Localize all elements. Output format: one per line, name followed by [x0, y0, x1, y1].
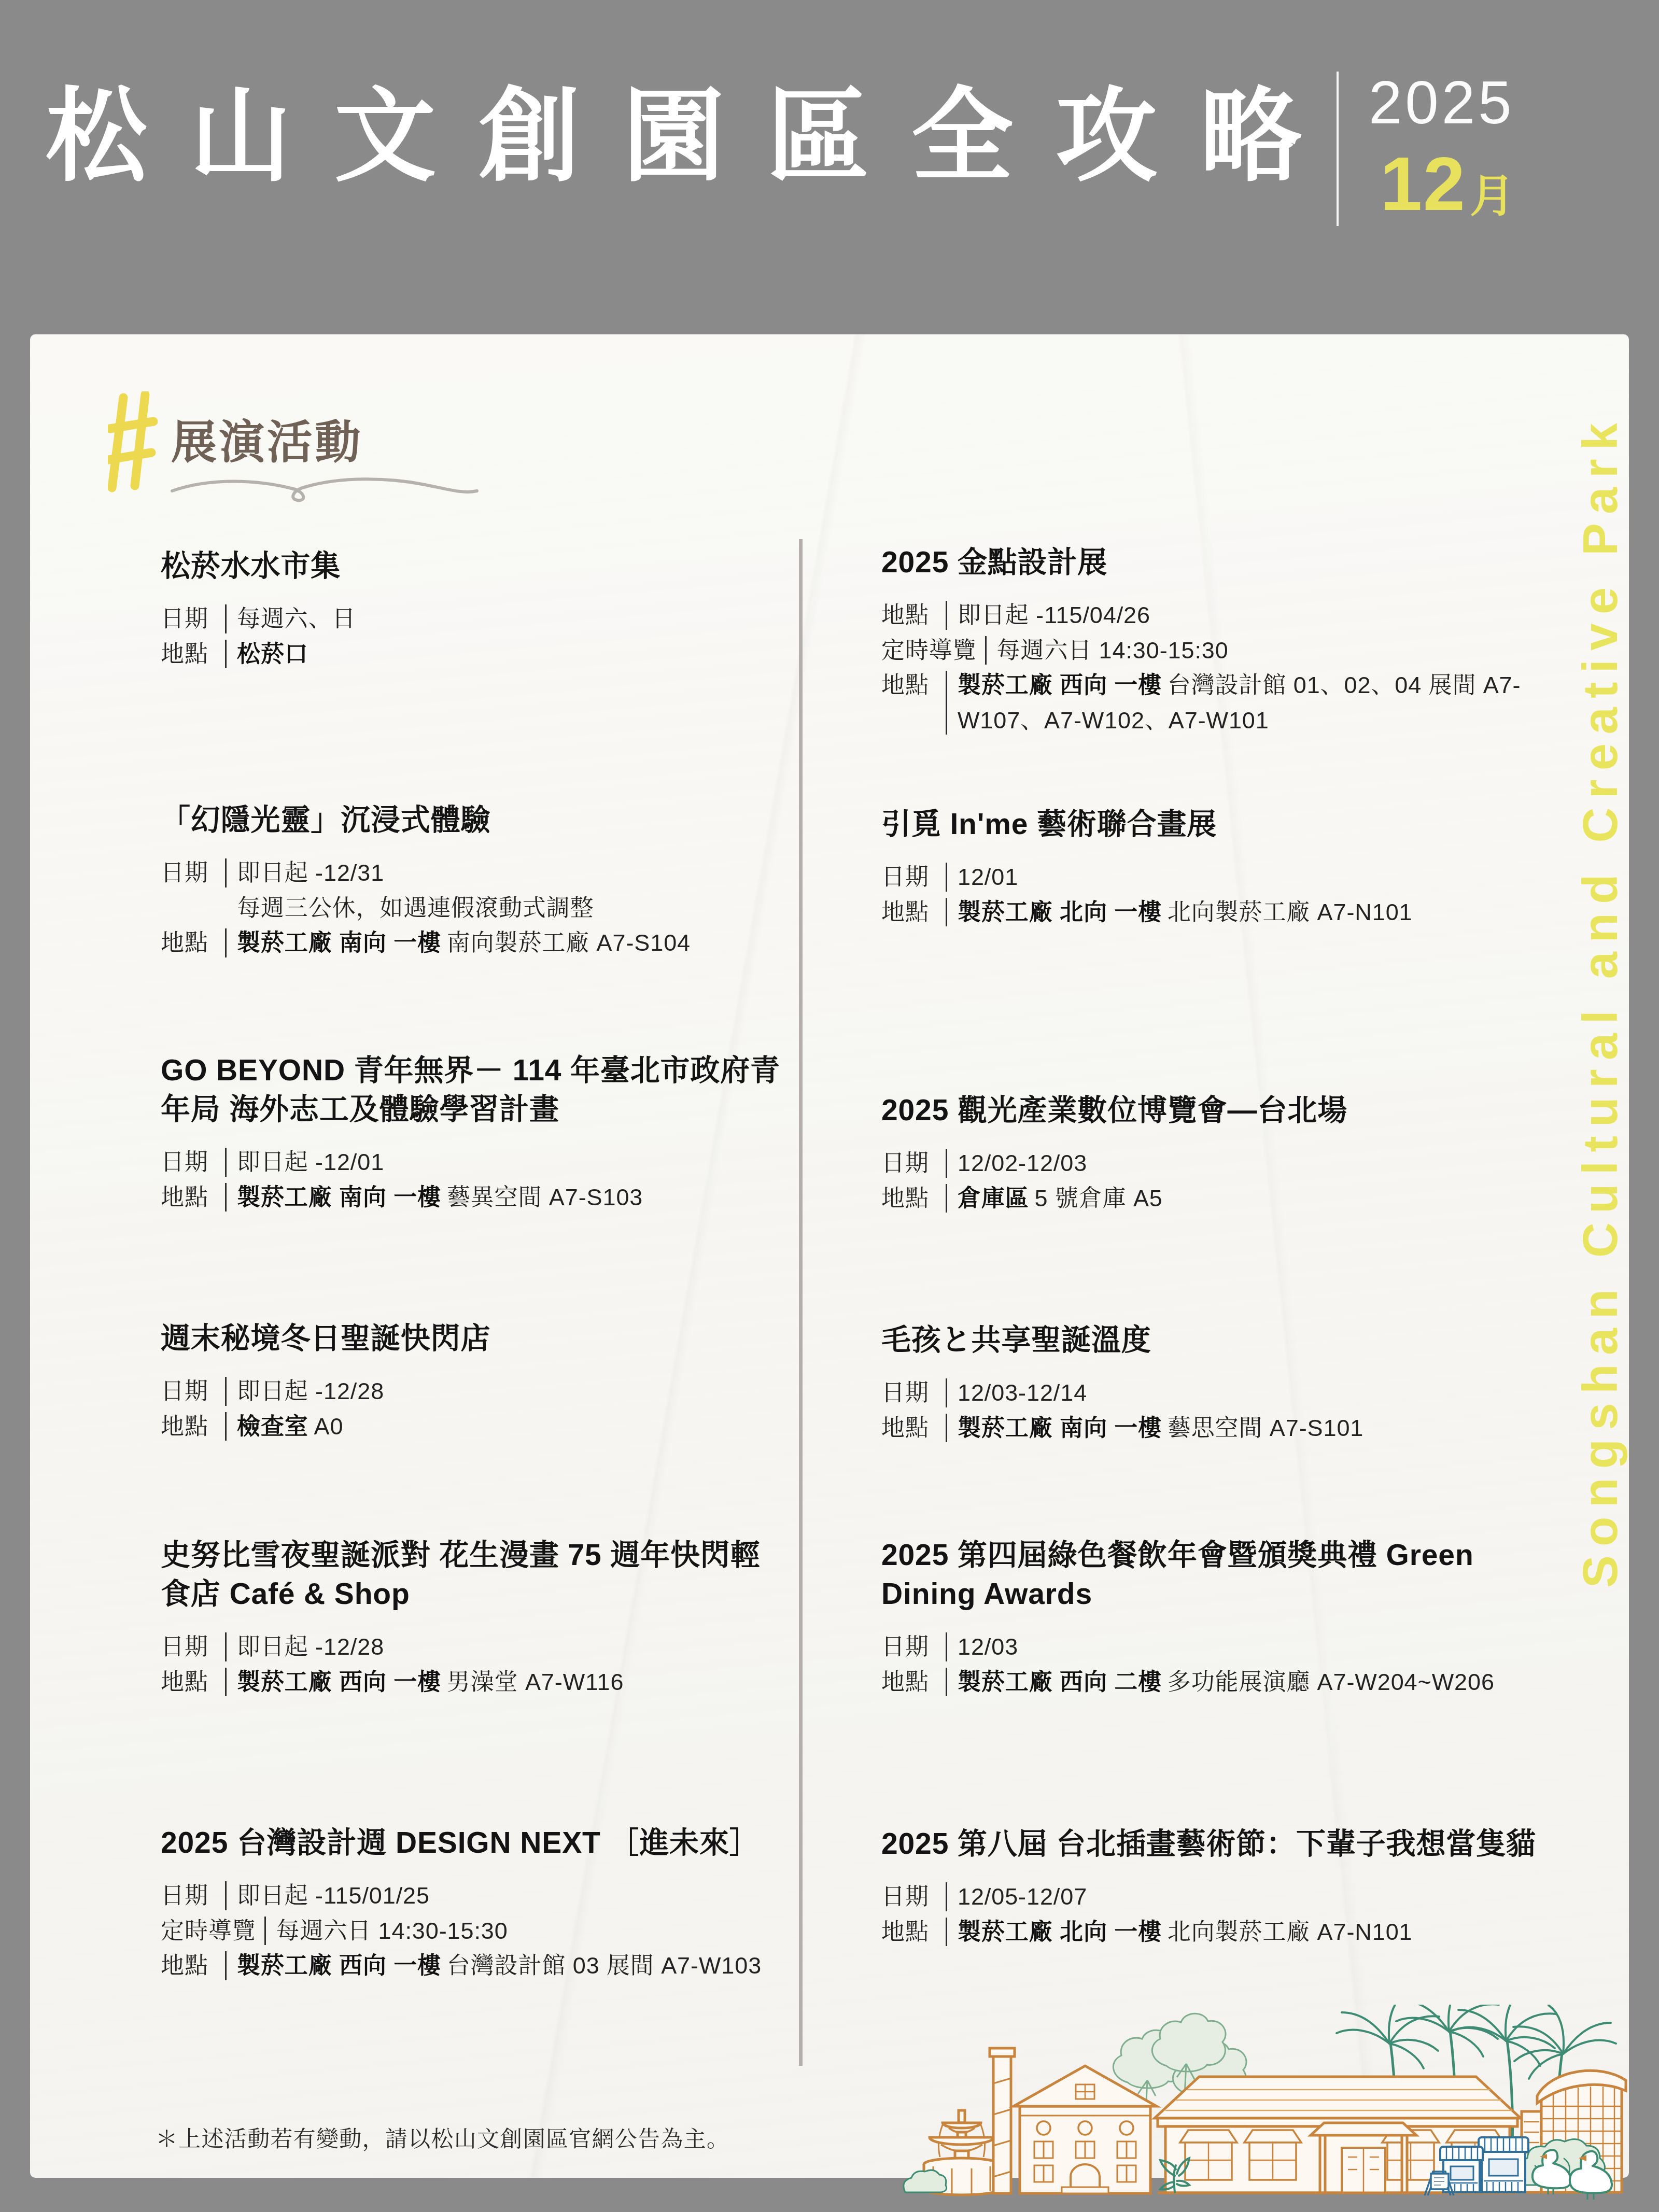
side-vertical-text: Songshan Cultural and Creative Park	[1576, 414, 1625, 1588]
event-date-row: 日期 12/03-12/14	[881, 1375, 1576, 1411]
row-value: 每週六、日	[237, 601, 780, 637]
label-divider	[225, 640, 227, 669]
event-location-row: 地點 製菸工廠 西向 一樓台灣設計館 01、02、04 展間 A7-W107、A…	[881, 668, 1576, 738]
event-card: 週末秘境冬日聖誕快閃店 日期 即日起 -12/28 地點 檢查室A0	[161, 1319, 780, 1444]
row-value: 製菸工廠 西向 一樓男澡堂 A7-W116	[237, 1665, 780, 1700]
row-label: 日期	[881, 1879, 937, 1914]
label-divider	[946, 1918, 947, 1947]
row-label: 日期	[161, 601, 217, 637]
row-label: 地點	[881, 1914, 937, 1950]
event-location-row: 地點 製菸工廠 南向 一樓藝思空間 A7-S101	[881, 1411, 1576, 1446]
event-title: 史努比雪夜聖誕派對 花生漫畫 75 週年快閃輕食店 Café & Shop	[161, 1536, 780, 1614]
label-divider	[264, 1917, 266, 1946]
label-divider	[225, 1183, 227, 1212]
content-card: 展演活動 松菸水水市集 日期 每週六、日 地點 松菸口 「幻隱光靈」沉浸式體驗 …	[30, 334, 1629, 2178]
event-card: 2025 金點設計展 地點 即日起 -115/04/26 定時導覽 每週六日 1…	[881, 543, 1576, 738]
event-location-row: 地點 製菸工廠 南向 一樓南向製菸工廠 A7-S104	[161, 925, 780, 961]
event-date-row: 日期 12/05-12/07	[881, 1879, 1576, 1914]
label-divider	[946, 1184, 947, 1213]
row-label: 地點	[881, 1665, 937, 1700]
event-location-row: 地點 製菸工廠 西向 二樓多功能展演廳 A7-W204~W206	[881, 1665, 1576, 1700]
row-value: 檢查室A0	[237, 1409, 780, 1444]
label-divider	[225, 1377, 227, 1406]
header-year: 2025	[1369, 73, 1514, 133]
row-value: 即日起 -115/04/26	[958, 598, 1576, 633]
event-tour-row: 定時導覽 每週六日 14:30-15:30	[161, 1913, 780, 1949]
event-location-row: 地點 製菸工廠 北向 一樓北向製菸工廠 A7-N101	[881, 1914, 1576, 1950]
row-label: 地點	[881, 668, 937, 703]
row-label: 日期	[161, 1629, 217, 1665]
header-month: 12 月	[1380, 146, 1514, 222]
row-value: 即日起 -12/31	[237, 855, 780, 891]
event-location-row: 地點 倉庫區5 號倉庫 A5	[881, 1181, 1576, 1216]
row-label: 地點	[881, 1181, 937, 1216]
event-card: 毛孩と共享聖誕溫度 日期 12/03-12/14 地點 製菸工廠 南向 一樓藝思…	[881, 1321, 1576, 1445]
event-date-row: 日期 12/01	[881, 860, 1576, 895]
row-value: 製菸工廠 北向 一樓北向製菸工廠 A7-N101	[958, 1914, 1576, 1950]
row-label: 地點	[161, 1409, 217, 1444]
row-label: 地點	[161, 925, 217, 961]
month-number: 12	[1380, 146, 1466, 222]
column-divider	[799, 539, 803, 2066]
event-date-row: 地點 即日起 -115/04/26	[881, 598, 1576, 633]
event-card: 2025 第八屆 台北插畫藝術節：下輩子我想當隻貓 日期 12/05-12/07…	[881, 1825, 1576, 1949]
event-card: 松菸水水市集 日期 每週六、日 地點 松菸口	[161, 547, 780, 671]
row-value: 即日起 -12/28	[237, 1374, 780, 1409]
row-value: 每週三公休，如遇連假滾動式調整	[237, 891, 780, 926]
label-divider	[946, 601, 947, 630]
event-date-row: 日期 12/02-12/03	[881, 1146, 1576, 1181]
event-title: 引覓 In'me 藝術聯合畫展	[881, 805, 1576, 844]
label-divider	[946, 898, 947, 927]
row-value: 每週六日 14:30-15:30	[997, 633, 1576, 668]
row-value: 製菸工廠 西向 一樓台灣設計館 01、02、04 展間 A7-W107、A7-W…	[958, 668, 1576, 738]
label-divider	[946, 1149, 947, 1178]
row-value: 12/03-12/14	[958, 1375, 1576, 1411]
event-date-row: 日期 即日起 -12/31	[161, 855, 780, 891]
label-divider	[946, 1632, 947, 1661]
label-divider	[225, 1881, 227, 1910]
label-divider	[225, 1668, 227, 1697]
label-divider	[225, 604, 227, 633]
event-card: GO BEYOND 青年無界－ 114 年臺北市政府青年局 海外志工及體驗學習計…	[161, 1051, 780, 1215]
row-label: 日期	[881, 1375, 937, 1411]
row-label: 地點	[161, 1948, 217, 1983]
event-note-row: 每週三公休，如遇連假滾動式調整	[161, 891, 780, 926]
event-location-row: 地點 檢查室A0	[161, 1409, 780, 1444]
park-illustration	[897, 2005, 1628, 2212]
chimney	[990, 2048, 1015, 2193]
row-label: 日期	[881, 860, 937, 895]
event-title: 2025 台灣設計週 DESIGN NEXT ［進未來］	[161, 1824, 780, 1863]
row-label: 定時導覽	[881, 633, 977, 668]
row-label: 定時導覽	[161, 1913, 256, 1949]
row-value: 12/03	[958, 1629, 1576, 1665]
event-title: 2025 觀光產業數位博覽會—台北場	[881, 1091, 1576, 1130]
label-divider	[225, 1632, 227, 1661]
row-label: 地點	[161, 1665, 217, 1700]
event-card: 2025 第四屆綠色餐飲年會暨頒獎典禮 Green Dining Awards …	[881, 1536, 1576, 1699]
event-title: GO BEYOND 青年無界－ 114 年臺北市政府青年局 海外志工及體驗學習計…	[161, 1051, 780, 1129]
label-divider	[946, 1668, 947, 1697]
row-value: 製菸工廠 南向 一樓藝思空間 A7-S101	[958, 1411, 1576, 1446]
label-divider	[225, 858, 227, 887]
page-title: 松山文創園區全攻略	[46, 78, 1344, 194]
row-value: 製菸工廠 北向 一樓北向製菸工廠 A7-N101	[958, 895, 1576, 930]
label-divider	[985, 636, 987, 665]
section-title: 展演活動	[171, 406, 363, 471]
event-location-row: 地點 松菸口	[161, 637, 780, 672]
event-title: 週末秘境冬日聖誕快閃店	[161, 1319, 780, 1358]
event-date-row: 日期 即日起 -12/01	[161, 1145, 780, 1180]
row-value: 12/01	[958, 860, 1576, 895]
row-value: 12/02-12/03	[958, 1146, 1576, 1181]
event-title: 2025 金點設計展	[881, 543, 1576, 582]
hash-icon	[108, 391, 158, 493]
event-title: 2025 第四屆綠色餐飲年會暨頒獎典禮 Green Dining Awards	[881, 1536, 1576, 1614]
label-divider	[225, 1148, 227, 1177]
label-divider	[946, 1378, 947, 1407]
footer-note: ＊上述活動若有變動，請以松山文創園區官網公告為主。	[156, 2122, 729, 2153]
event-date-row: 日期 即日起 -115/01/25	[161, 1878, 780, 1913]
event-card: 引覓 In'me 藝術聯合畫展 日期 12/01 地點 製菸工廠 北向 一樓北向…	[881, 805, 1576, 929]
label-divider	[946, 1414, 947, 1443]
label-divider	[946, 863, 947, 892]
row-value: 製菸工廠 西向 二樓多功能展演廳 A7-W204~W206	[958, 1665, 1576, 1700]
row-label: 地點	[161, 1180, 217, 1215]
row-value: 製菸工廠 西向 一樓台灣設計館 03 展間 A7-W103	[237, 1948, 780, 1983]
row-value: 松菸口	[237, 637, 780, 672]
event-title: 2025 第八屆 台北插畫藝術節：下輩子我想當隻貓	[881, 1825, 1576, 1864]
row-label: 日期	[161, 1878, 217, 1913]
event-date-row: 日期 即日起 -12/28	[161, 1374, 780, 1409]
event-card: 史努比雪夜聖誕派對 花生漫畫 75 週年快閃輕食店 Café & Shop 日期…	[161, 1536, 780, 1699]
row-label: 地點	[161, 637, 217, 672]
event-tour-row: 定時導覽 每週六日 14:30-15:30	[881, 633, 1576, 668]
event-card: 「幻隱光靈」沉浸式體驗 日期 即日起 -12/31 每週三公休，如遇連假滾動式調…	[161, 801, 780, 961]
row-value: 即日起 -115/01/25	[237, 1878, 780, 1913]
row-value: 製菸工廠 南向 一樓南向製菸工廠 A7-S104	[237, 925, 780, 961]
event-location-row: 地點 製菸工廠 南向 一樓藝異空間 A7-S103	[161, 1180, 780, 1215]
squiggle-underline	[169, 468, 480, 505]
label-divider	[225, 1951, 227, 1980]
header-divider	[1337, 72, 1339, 226]
label-divider	[225, 928, 227, 957]
row-value: 每週六日 14:30-15:30	[276, 1913, 780, 1949]
event-card: 2025 台灣設計週 DESIGN NEXT ［進未來］ 日期 即日起 -115…	[161, 1824, 780, 1983]
label-divider	[225, 1412, 227, 1441]
month-unit: 月	[1470, 174, 1514, 219]
event-title: 「幻隱光靈」沉浸式體驗	[161, 801, 780, 840]
row-label: 日期	[161, 1145, 217, 1180]
row-label: 地點	[881, 895, 937, 930]
row-value: 即日起 -12/01	[237, 1145, 780, 1180]
event-title: 松菸水水市集	[161, 547, 780, 586]
event-date-row: 日期 即日起 -12/28	[161, 1629, 780, 1665]
row-label: 地點	[881, 1411, 937, 1446]
row-value: 12/05-12/07	[958, 1879, 1576, 1914]
row-value: 製菸工廠 南向 一樓藝異空間 A7-S103	[237, 1180, 780, 1215]
row-label: 日期	[881, 1629, 937, 1665]
event-location-row: 地點 製菸工廠 西向 一樓台灣設計館 03 展間 A7-W103	[161, 1948, 780, 1983]
event-date-row: 日期 12/03	[881, 1629, 1576, 1665]
row-label: 日期	[161, 855, 217, 891]
row-label: 日期	[161, 1374, 217, 1409]
label-divider	[946, 1882, 947, 1911]
row-value: 即日起 -12/28	[237, 1629, 780, 1665]
row-label: 日期	[881, 1146, 937, 1181]
event-card: 2025 觀光產業數位博覽會—台北場 日期 12/02-12/03 地點 倉庫區…	[881, 1091, 1576, 1216]
row-label: 地點	[881, 598, 937, 633]
event-location-row: 地點 製菸工廠 西向 一樓男澡堂 A7-W116	[161, 1665, 780, 1700]
event-date-row: 日期 每週六、日	[161, 601, 780, 637]
event-location-row: 地點 製菸工廠 北向 一樓北向製菸工廠 A7-N101	[881, 895, 1576, 930]
label-divider	[946, 671, 947, 735]
row-value: 倉庫區5 號倉庫 A5	[958, 1181, 1576, 1216]
event-title: 毛孩と共享聖誕溫度	[881, 1321, 1576, 1360]
